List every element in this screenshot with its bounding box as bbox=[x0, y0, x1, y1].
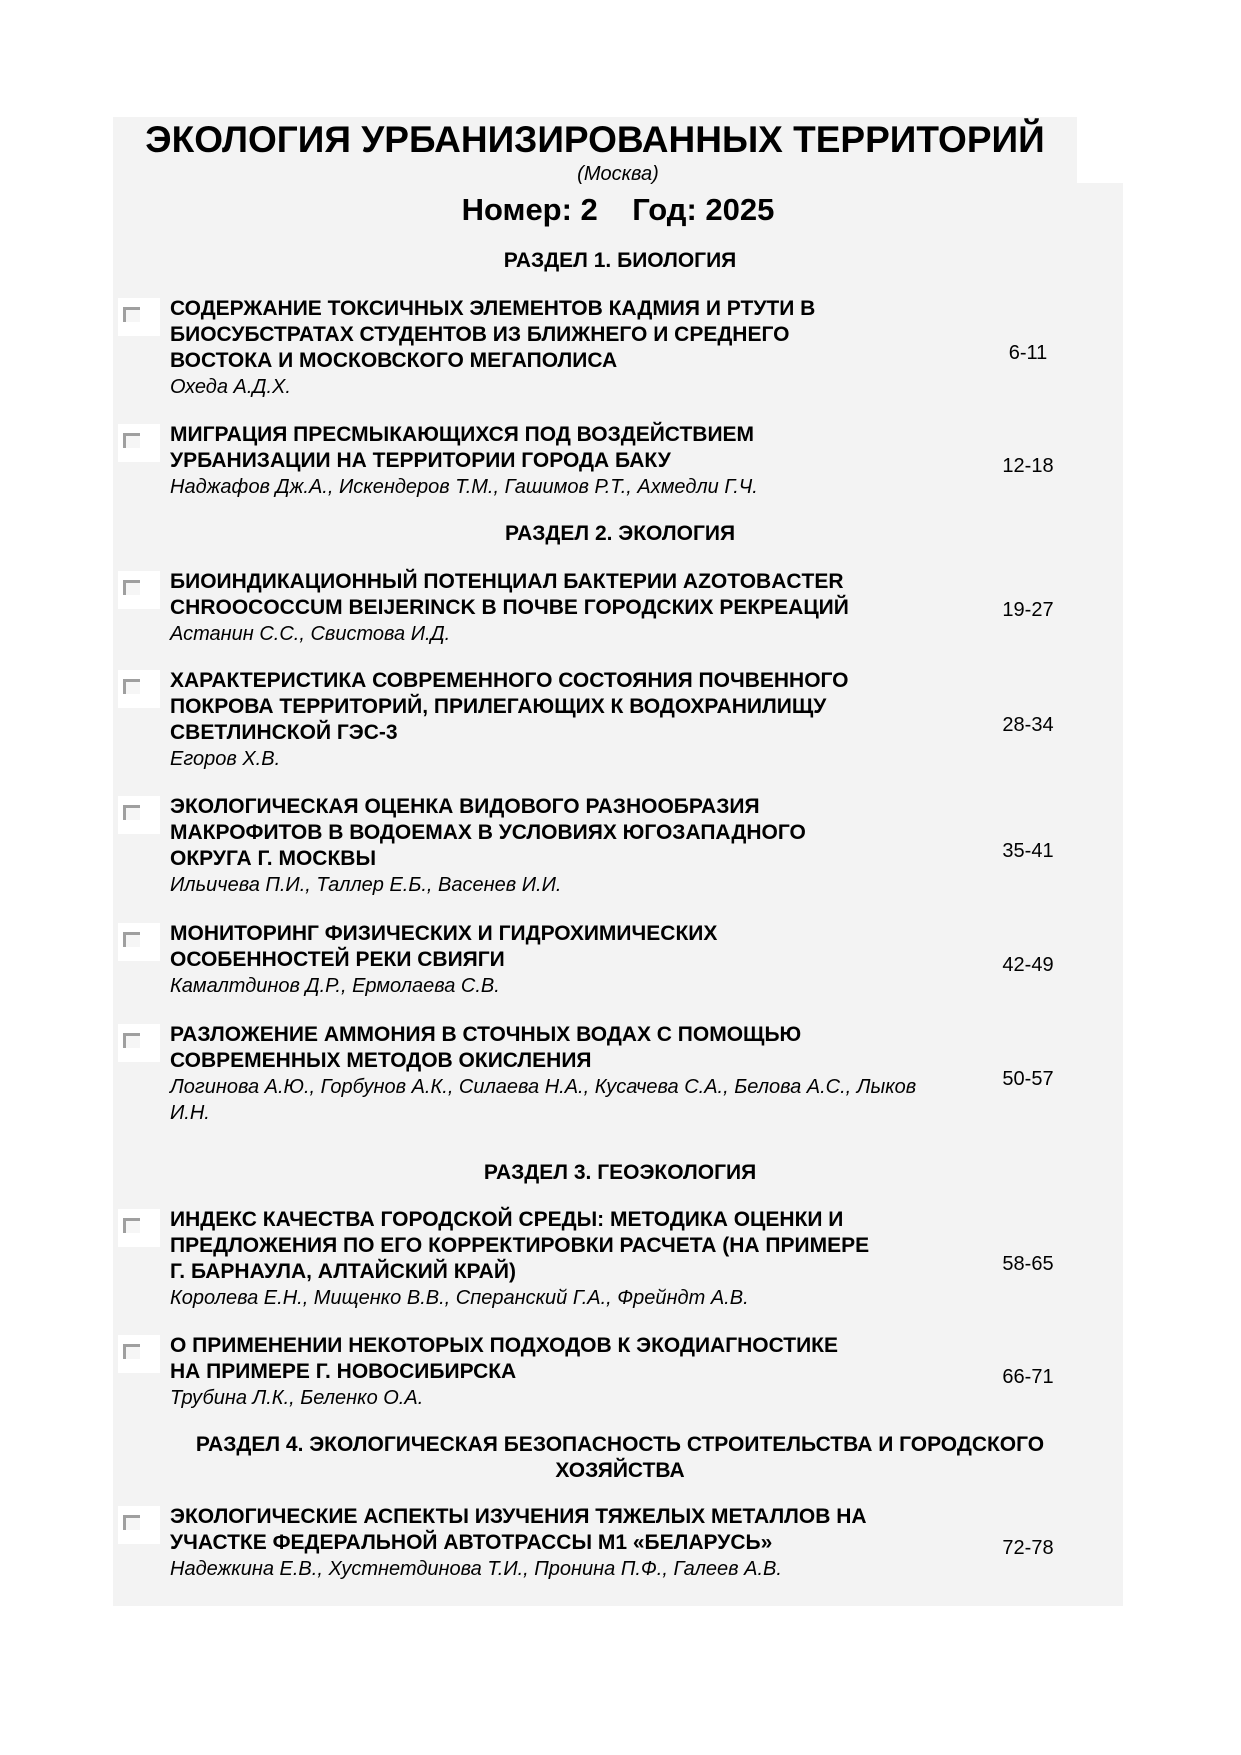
issue-line: Номер: 2 Год: 2025 bbox=[113, 192, 1123, 228]
article-title-link[interactable]: ЭКОЛОГИЧЕСКИЕ АСПЕКТЫ ИЗУЧЕНИЯ ТЯЖЕЛЫХ М… bbox=[170, 1504, 970, 1556]
image-placeholder-icon bbox=[118, 923, 160, 961]
image-placeholder-icon bbox=[118, 1024, 160, 1062]
article-authors: Наджафов Дж.А., Искендеров Т.М., Гашимов… bbox=[170, 474, 930, 500]
article-authors: Егоров Х.В. bbox=[170, 746, 930, 772]
article-title-link[interactable]: О ПРИМЕНЕНИИ НЕКОТОРЫХ ПОДХОДОВ К ЭКОДИА… bbox=[170, 1333, 930, 1385]
article-title-link[interactable]: РАЗЛОЖЕНИЕ АММОНИЯ В СТОЧНЫХ ВОДАХ С ПОМ… bbox=[170, 1022, 930, 1074]
journal-city: (Москва) bbox=[113, 163, 1123, 186]
article-authors: Надежкина Е.В., Хустнетдинова Т.И., Прон… bbox=[170, 1556, 970, 1582]
article-pages: 19-27 bbox=[983, 599, 1073, 622]
image-placeholder-icon bbox=[118, 571, 160, 609]
image-placeholder-icon bbox=[118, 424, 160, 462]
image-placeholder-icon bbox=[118, 1506, 160, 1544]
article-pages: 35-41 bbox=[983, 840, 1073, 863]
article-title-link[interactable]: СОДЕРЖАНИЕ ТОКСИЧНЫХ ЭЛЕМЕНТОВ КАДМИЯ И … bbox=[170, 296, 930, 374]
article-pages: 28-34 bbox=[983, 714, 1073, 737]
section-heading: РАЗДЕЛ 1. БИОЛОГИЯ bbox=[140, 248, 1100, 274]
section-heading: РАЗДЕЛ 2. ЭКОЛОГИЯ bbox=[140, 521, 1100, 547]
article-pages: 58-65 bbox=[983, 1253, 1073, 1276]
image-placeholder-icon bbox=[118, 298, 160, 336]
article-title-link[interactable]: БИОИНДИКАЦИОННЫЙ ПОТЕНЦИАЛ БАКТЕРИИ AZOT… bbox=[170, 569, 930, 621]
image-placeholder-icon bbox=[118, 796, 160, 834]
article-authors: Королева Е.Н., Мищенко В.В., Сперанский … bbox=[170, 1285, 970, 1311]
article-authors: Ильичева П.И., Таллер Е.Б., Васенев И.И. bbox=[170, 872, 930, 898]
article-title-link[interactable]: МОНИТОРИНГ ФИЗИЧЕСКИХ И ГИДРОХИМИЧЕСКИХ … bbox=[170, 921, 930, 973]
article-pages: 12-18 bbox=[983, 455, 1073, 478]
image-placeholder-icon bbox=[118, 1335, 160, 1373]
image-placeholder-icon bbox=[118, 1209, 160, 1247]
article-title-link[interactable]: ХАРАКТЕРИСТИКА СОВРЕМЕННОГО СОСТОЯНИЯ ПО… bbox=[170, 668, 930, 746]
article-pages: 72-78 bbox=[983, 1537, 1073, 1560]
article-pages: 50-57 bbox=[983, 1068, 1073, 1091]
section-heading: РАЗДЕЛ 4. ЭКОЛОГИЧЕСКАЯ БЕЗОПАСНОСТЬ СТР… bbox=[140, 1432, 1100, 1484]
article-authors: Трубина Л.К., Беленко О.А. bbox=[170, 1385, 930, 1411]
section-heading: РАЗДЕЛ 3. ГЕОЭКОЛОГИЯ bbox=[140, 1160, 1100, 1186]
article-authors: Охеда А.Д.Х. bbox=[170, 374, 930, 400]
article-pages: 42-49 bbox=[983, 954, 1073, 977]
article-pages: 66-71 bbox=[983, 1366, 1073, 1389]
image-placeholder-icon bbox=[118, 670, 160, 708]
article-title-link[interactable]: ЭКОЛОГИЧЕСКАЯ ОЦЕНКА ВИДОВОГО РАЗНООБРАЗ… bbox=[170, 794, 930, 872]
article-authors: Астанин С.С., Свистова И.Д. bbox=[170, 621, 930, 647]
article-pages: 6-11 bbox=[983, 342, 1073, 365]
journal-title: ЭКОЛОГИЯ УРБАНИЗИРОВАННЫХ ТЕРРИТОРИЙ bbox=[113, 119, 1077, 161]
article-title-link[interactable]: МИГРАЦИЯ ПРЕСМЫКАЮЩИХСЯ ПОД ВОЗДЕЙСТВИЕМ… bbox=[170, 422, 930, 474]
article-authors: Логинова А.Ю., Горбунов А.К., Силаева Н.… bbox=[170, 1074, 930, 1126]
article-authors: Камалтдинов Д.Р., Ермолаева С.В. bbox=[170, 973, 930, 999]
article-title-link[interactable]: ИНДЕКС КАЧЕСТВА ГОРОДСКОЙ СРЕДЫ: МЕТОДИК… bbox=[170, 1207, 970, 1285]
